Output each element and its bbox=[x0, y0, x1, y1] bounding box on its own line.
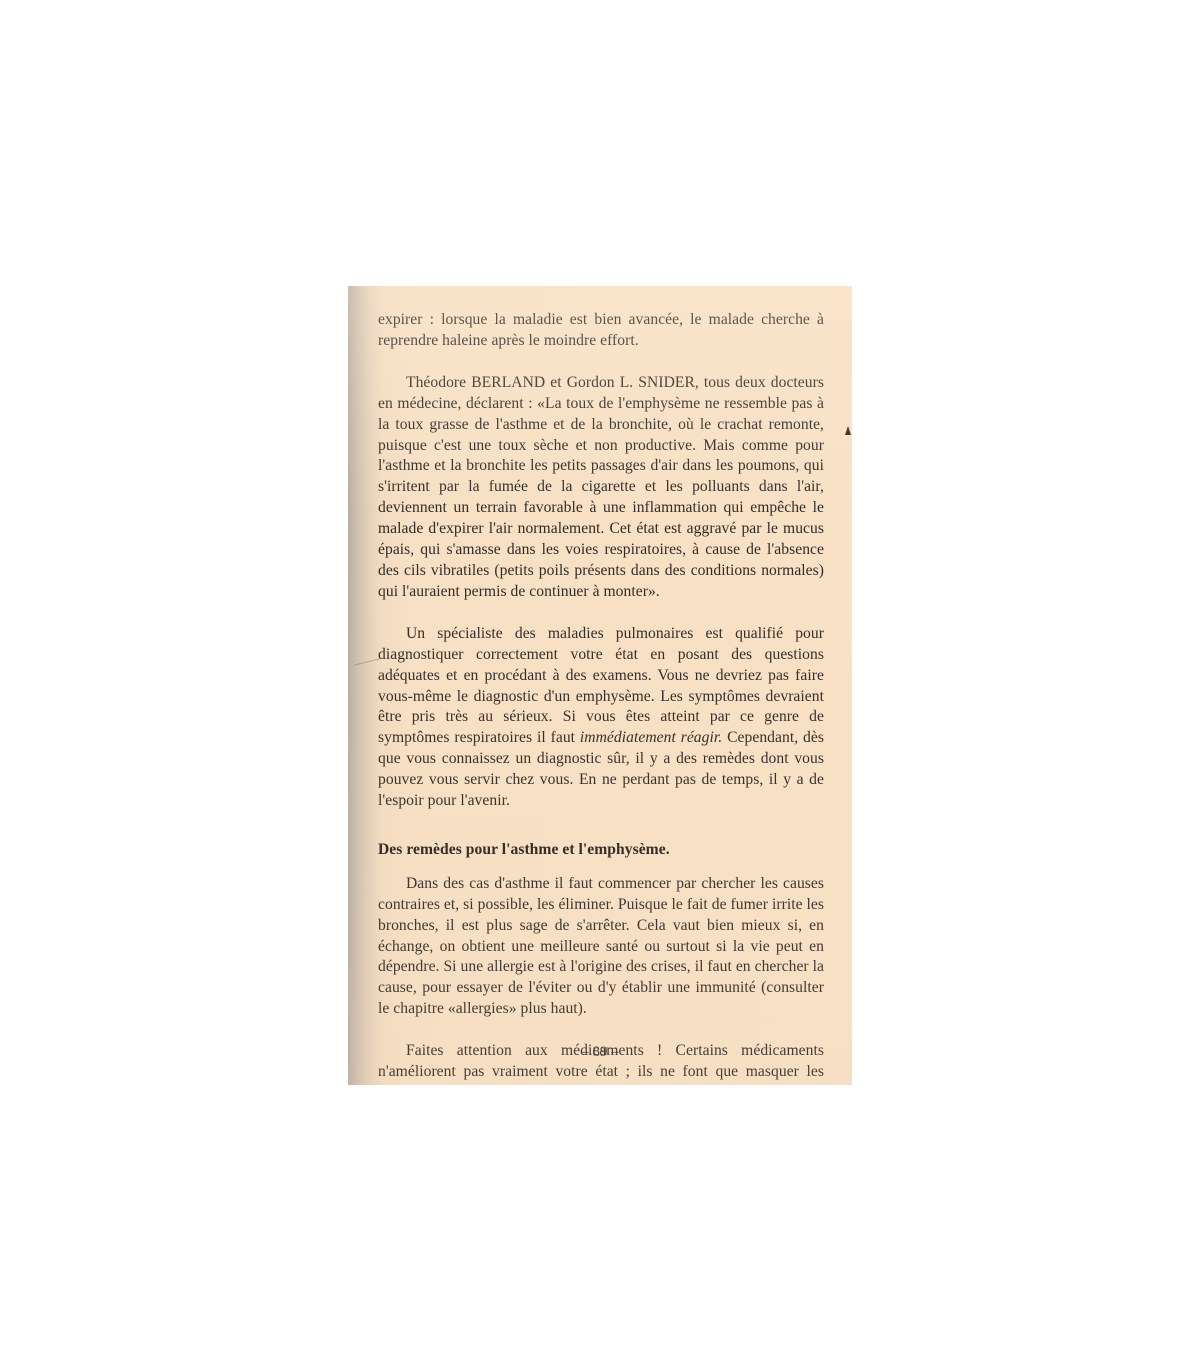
paragraph-berland-snider-quote: Théodore BERLAND et Gordon L. SNIDER, to… bbox=[378, 373, 824, 603]
paragraph-asthma-causes: Dans des cas d'asthme il faut commencer … bbox=[378, 874, 824, 1020]
margin-ink-mark-icon bbox=[845, 426, 851, 435]
page-body: expirer : lorsque la maladie est bien av… bbox=[378, 310, 824, 1085]
paragraph-continuation: expirer : lorsque la maladie est bien av… bbox=[378, 310, 824, 352]
emphasis-react-immediately: immédiatement réagir. bbox=[580, 729, 722, 746]
page-number: – 89 – bbox=[348, 1044, 852, 1061]
paragraph-specialist: Un spécialiste des maladies pulmonaires … bbox=[378, 624, 824, 812]
section-heading: Des remèdes pour l'asthme et l'emphysème… bbox=[378, 840, 824, 861]
book-page: expirer : lorsque la maladie est bien av… bbox=[348, 286, 852, 1085]
